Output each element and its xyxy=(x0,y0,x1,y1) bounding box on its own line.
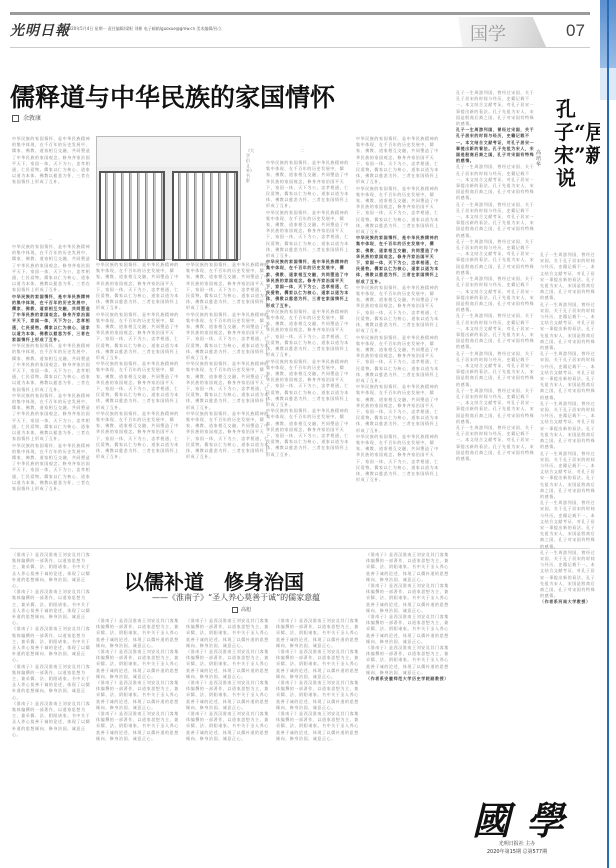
article1-col2: 中华民族的家国情怀，是中华民族精神的集中体现，在千百年的历史发展中，儒家、佛教、… xyxy=(96,262,182,544)
article1-headline[interactable]: 儒释道与中华民族的家国情怀 xyxy=(10,78,335,114)
article2-col4: 《淮南子》是西汉淮南王刘安及其门客集体编撰的一部著作，以道家思想为主，兼采儒、法… xyxy=(276,618,362,862)
book-page-left xyxy=(99,171,165,261)
body-text: 孔子一生周游列国，曾经过宋国，关于孔子居宋的时间与经历，史籍记载不一。本文结合文… xyxy=(456,313,538,350)
body-text: 孔子一生周游列国，曾经过宋国，关于孔子居宋的时间与经历，史籍记载不一。本文结合文… xyxy=(540,252,596,302)
body-text: 中华民族的家国情怀，是中华民族精神的集中体现，在千百年的历史发展中，儒家、佛教、… xyxy=(356,335,442,385)
article3-headline[interactable]: 孔子“居宋”新说 xyxy=(554,98,578,190)
body-text: 《淮南子》是西汉淮南王刘安及其门客集体编撰的一部著作，以道家思想为主，兼采儒、法… xyxy=(96,680,182,711)
body-text: 《淮南子》是西汉淮南王刘安及其门客集体编撰的一部著作，以道家思想为主，兼采儒、法… xyxy=(186,649,272,680)
body-text: 《淮南子》是西汉淮南王刘安及其门客集体编撰的一部著作，以道家思想为主，兼采儒、法… xyxy=(12,626,92,663)
article1-col4: 中华民族的家国情怀，是中华民族精神的集中体现，在千百年的历史发展中，儒家、佛教、… xyxy=(266,160,352,544)
logo-subtext: 光明日报社 主办 2020年第15期 总第577期 xyxy=(462,840,572,856)
body-text: 孔子一生周游列国，曾经过宋国，关于孔子居宋的时间与经历，史籍记载不一。本文结合文… xyxy=(456,164,538,201)
body-text: 《淮南子》是西汉淮南王刘安及其门客集体编撰的一部著作，以道家思想为主，兼采儒、法… xyxy=(186,680,272,711)
body-text: 中华民族的家国情怀，是中华民族精神的集中体现，在千百年的历史发展中，儒家、佛教、… xyxy=(12,343,92,393)
section-marker: 二 xyxy=(300,148,304,154)
article2-col1: 《淮南子》是西汉淮南王刘安及其门客集体编撰的一部著作，以道家思想为主，兼采儒、法… xyxy=(12,552,92,862)
scrollbar-line xyxy=(607,0,609,868)
body-text: 孔子一生周游列国，曾经过宋国，关于孔子居宋的时间与经历，史籍记载不一。本文结合文… xyxy=(456,239,538,276)
body-text: 孔子一生周游列国，曾经过宋国，关于孔子居宋的时间与经历，史籍记载不一。本文结合文… xyxy=(456,276,538,313)
body-text: 中华民族的家国情怀，是中华民族精神的集中体现，在千百年的历史发展中，儒家、佛教、… xyxy=(356,285,442,335)
body-text: 中华民族的家国情怀，是中华民族精神的集中体现，在千百年的历史发展中，儒家、佛教、… xyxy=(12,244,92,294)
body-text: 中华民族的家国情怀，是中华民族精神的集中体现，在千百年的历史发展中，儒家、佛教、… xyxy=(356,136,442,186)
article2-col2: 《淮南子》是西汉淮南王刘安及其门客集体编撰的一部著作，以道家思想为主，兼采儒、法… xyxy=(96,618,182,862)
body-text: 孔子一生周游列国，曾经过宋国，关于孔子居宋的时间与经历，史籍记载不一。本文结合文… xyxy=(456,351,538,388)
article2-byline: 高旭 xyxy=(232,606,251,613)
body-text: 中华民族的家国情怀，是中华民族精神的集中体现，在千百年的历史发展中，儒家、佛教、… xyxy=(266,408,352,458)
body-text: 《淮南子》是西汉淮南王刘安及其门客集体编撰的一部著作，以道家思想为主，兼采儒、法… xyxy=(12,701,92,738)
guoxue-logo: 國學 xyxy=(472,790,580,845)
body-text: 中华民族的家国情怀，是中华民族精神的集中体现，在千百年的历史发展中，儒家、佛教、… xyxy=(12,136,92,186)
body-text: 孔子一生周游列国，曾经过宋国，关于孔子居宋的时间与经历，史籍记载不一。本文结合文… xyxy=(540,550,596,600)
body-text: 《淮南子》是西汉淮南王刘安及其门客集体编撰的一部著作，以道家思想为主，兼采儒、法… xyxy=(366,552,452,583)
body-text: 《淮南子》是西汉淮南王刘安及其门客集体编撰的一部著作，以道家思想为主，兼采儒、法… xyxy=(276,649,362,680)
photo-top xyxy=(97,137,240,167)
body-text: 孔子一生周游列国，曾经过宋国，关于孔子居宋的时间与经历，史籍记载不一。本文结合文… xyxy=(540,401,596,451)
article1-col1: 中华民族的家国情怀，是中华民族精神的集中体现，在千百年的历史发展中，儒家、佛教、… xyxy=(12,244,92,544)
byline-box-icon xyxy=(232,607,238,613)
body-text: 《淮南子》是西汉淮南王刘安及其门客集体编撰的一部著作，以道家思想为主，兼采儒、法… xyxy=(96,649,182,680)
section-name: 国学 xyxy=(470,20,506,46)
body-text: 孔子一生周游列国，曾经过宋国，关于孔子居宋的时间与经历，史籍记载不一。本文结合文… xyxy=(456,388,538,425)
body-text: 《淮南子》是西汉淮南王刘安及其门客集体编撰的一部著作，以道家思想为主，兼采儒、法… xyxy=(276,680,362,711)
body-text: 中华民族的家国情怀，是中华民族精神的集中体现，在千百年的历史发展中，儒家、佛教、… xyxy=(186,411,272,461)
article2-subtitle: ——《淮南子》“圣人养心莫善于诚”的儒家意蕴 xyxy=(152,592,320,603)
body-text: 中华民族的家国情怀，是中华民族精神的集中体现，在千百年的历史发展中，儒家、佛教、… xyxy=(12,443,92,493)
page-number: 07 xyxy=(566,21,585,41)
body-text: 《淮南子》是西汉淮南王刘安及其门客集体编撰的一部著作，以道家思想为主，兼采儒、法… xyxy=(12,664,92,701)
body-text: 孔子一生周游列国，曾经过宋国，关于孔子居宋的时间与经历，史籍记载不一。本文结合文… xyxy=(540,500,596,550)
body-text-bold: 中华民族的家国情怀，是中华民族精神的集中体现，在千百年的历史发展中，儒家、佛教、… xyxy=(266,259,352,309)
body-text: 《淮南子》是西汉淮南王刘安及其门客集体编撰的一部著作，以道家思想为主，兼采儒、法… xyxy=(366,614,452,645)
photo-caption: 《大学衍义补》书影 xyxy=(246,148,251,183)
book-page-right xyxy=(172,171,238,261)
article3-byline: 高培华 xyxy=(536,150,542,168)
issue-meta: 2020年5月4日 星期一 责任编辑/梁枢 刘彬 电子邮箱/guoxue@gmw… xyxy=(66,26,222,32)
body-text: 中华民族的家国情怀，是中华民族精神的集中体现，在千百年的历史发展中，儒家、佛教、… xyxy=(356,186,442,236)
body-text: 中华民族的家国情怀，是中华民族精神的集中体现，在千百年的历史发展中，儒家、佛教、… xyxy=(96,361,182,411)
article2-headline[interactable]: 以儒补道 修身治国 xyxy=(124,566,304,595)
body-text: 孔子一生周游列国，曾经过宋国，关于孔子居宋的时间与经历，史籍记载不一。本文结合文… xyxy=(456,202,538,239)
top-rule xyxy=(10,12,590,15)
body-text: 孔子一生周游列国，曾经过宋国，关于孔子居宋的时间与经历，史籍记载不一。本文结合文… xyxy=(540,451,596,501)
article2-footnote: （作者系安徽师范大学历史学院副教授） xyxy=(366,676,452,682)
body-text: 中华民族的家国情怀，是中华民族精神的集中体现，在千百年的历史发展中，儒家、佛教、… xyxy=(266,359,352,409)
issue-line: 2020年第15期 总第577期 xyxy=(462,848,572,856)
body-text: 孔子一生周游列国，曾经过宋国，关于孔子居宋的时间与经历，史籍记载不一。本文结合文… xyxy=(540,351,596,401)
body-text: 中华民族的家国情怀，是中华民族精神的集中体现，在千百年的历史发展中，儒家、佛教、… xyxy=(96,411,182,461)
body-text: 孔子一生周游列国，曾经过宋国，关于孔子居宋的时间与经历，史籍记载不一。本文结合文… xyxy=(540,302,596,352)
body-text: 中华民族的家国情怀，是中华民族精神的集中体现，在千百年的历史发展中，儒家、佛教、… xyxy=(186,262,272,312)
article3-col1: 孔子一生周游列国，曾经过宋国，关于孔子居宋的时间与经历，史籍记载不一。本文结合文… xyxy=(456,90,538,780)
body-text: 中华民族的家国情怀，是中华民族精神的集中体现，在千百年的历史发展中，儒家、佛教、… xyxy=(266,160,352,210)
body-text: 《淮南子》是西汉淮南王刘安及其门客集体编撰的一部著作，以道家思想为主，兼采儒、法… xyxy=(12,552,92,589)
body-text: 中华民族的家国情怀，是中华民族精神的集中体现，在千百年的历史发展中，儒家、佛教、… xyxy=(356,384,442,434)
byline-text: 余敦康 xyxy=(23,115,41,122)
body-text: 《淮南子》是西汉淮南王刘安及其门客集体编撰的一部著作，以道家思想为主，兼采儒、法… xyxy=(366,583,452,614)
body-text: 《淮南子》是西汉淮南王刘安及其门客集体编撰的一部著作，以道家思想为主，兼采儒、法… xyxy=(186,711,272,742)
byline-box-icon xyxy=(12,115,19,122)
header-divider xyxy=(10,47,590,48)
body-text: 中华民族的家国情怀，是中华民族精神的集中体现，在千百年的历史发展中，儒家、佛教、… xyxy=(266,210,352,260)
body-text-bold: 中华民族的家国情怀，是中华民族精神的集中体现，在千百年的历史发展中，儒家、佛教、… xyxy=(356,235,442,285)
body-text: 《淮南子》是西汉淮南王刘安及其门客集体编撰的一部著作，以道家思想为主，兼采儒、法… xyxy=(276,711,362,742)
publisher-line: 光明日报社 主办 xyxy=(462,840,572,848)
book-photo xyxy=(96,136,241,260)
article2-col5: 《淮南子》是西汉淮南王刘安及其门客集体编撰的一部著作，以道家思想为主，兼采儒、法… xyxy=(366,552,452,842)
body-text: 孔子一生周游列国，曾经过宋国，关于孔子居宋的时间与经历，史籍记载不一。本文结合文… xyxy=(456,425,538,462)
body-text: 中华民族的家国情怀，是中华民族精神的集中体现，在千百年的历史发展中，儒家、佛教、… xyxy=(266,309,352,359)
byline-text: 高旭 xyxy=(241,607,251,613)
body-text: 中华民族的家国情怀，是中华民族精神的集中体现，在千百年的历史发展中，儒家、佛教、… xyxy=(96,312,182,362)
article1-col5: 中华民族的家国情怀，是中华民族精神的集中体现，在千百年的历史发展中，儒家、佛教、… xyxy=(356,136,442,544)
article2-col3: 《淮南子》是西汉淮南王刘安及其门客集体编撰的一部著作，以道家思想为主，兼采儒、法… xyxy=(186,618,272,862)
section-marker: 一 xyxy=(48,237,52,243)
body-text: 《淮南子》是西汉淮南王刘安及其门客集体编撰的一部著作，以道家思想为主，兼采儒、法… xyxy=(96,711,182,742)
article1-col3: 中华民族的家国情怀，是中华民族精神的集中体现，在千百年的历史发展中，儒家、佛教、… xyxy=(186,262,272,544)
body-text: 《淮南子》是西汉淮南王刘安及其门客集体编撰的一部著作，以道家思想为主，兼采儒、法… xyxy=(276,618,362,649)
masthead-logo: 光明日報 xyxy=(10,20,70,40)
body-text: 孔子一生周游列国，曾经过宋国，关于孔子居宋的时间与经历，史籍记载不一。本文结合文… xyxy=(456,90,538,127)
newspaper-page: 光明日報 2020年5月4日 星期一 责任编辑/梁枢 刘彬 电子邮箱/guoxu… xyxy=(0,0,600,868)
body-text-bold: 中华民族的家国情怀，是中华民族精神的集中体现，在千百年的历史发展中，儒家、佛教、… xyxy=(12,294,92,344)
byline-text: 高培华 xyxy=(536,150,541,168)
article3-col2: 孔子一生周游列国，曾经过宋国，关于孔子居宋的时间与经历，史籍记载不一。本文结合文… xyxy=(540,252,596,772)
body-text: 《淮南子》是西汉淮南王刘安及其门客集体编撰的一部著作，以道家思想为主，兼采儒、法… xyxy=(12,589,92,626)
body-text: 中华民族的家国情怀，是中华民族精神的集中体现，在千百年的历史发展中，儒家、佛教、… xyxy=(12,393,92,443)
body-text: 中华民族的家国情怀，是中华民族精神的集中体现，在千百年的历史发展中，儒家、佛教、… xyxy=(96,262,182,312)
body-text: 中华民族的家国情怀，是中华民族精神的集中体现，在千百年的历史发展中，儒家、佛教、… xyxy=(186,361,272,411)
article1-byline: 余敦康 xyxy=(12,113,41,122)
body-text: 《淮南子》是西汉淮南王刘安及其门客集体编撰的一部著作，以道家思想为主，兼采儒、法… xyxy=(186,618,272,649)
body-text: 中华民族的家国情怀，是中华民族精神的集中体现，在千百年的历史发展中，儒家、佛教、… xyxy=(356,434,442,484)
body-text: 中华民族的家国情怀，是中华民族精神的集中体现，在千百年的历史发展中，儒家、佛教、… xyxy=(186,312,272,362)
article3-footnote: （作者系河南大学教授） xyxy=(540,599,596,605)
body-text: 《淮南子》是西汉淮南王刘安及其门客集体编撰的一部著作，以道家思想为主，兼采儒、法… xyxy=(96,618,182,649)
body-text: 《淮南子》是西汉淮南王刘安及其门客集体编撰的一部著作，以道家思想为主，兼采儒、法… xyxy=(366,645,452,676)
body-text-bold: 孔子一生周游列国，曾经过宋国，关于孔子居宋的时间与经历，史籍记载不一。本文结合文… xyxy=(456,127,538,164)
